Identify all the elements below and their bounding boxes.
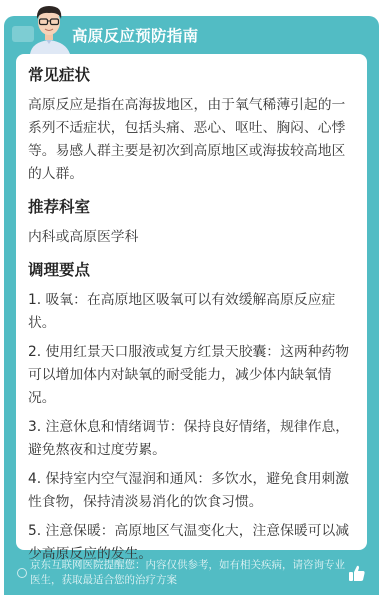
section-body: 高原反应是指在高海拔地区，由于氧气稀薄引起的一系列不适症状，包括头痛、恶心、呕吐… xyxy=(28,94,358,186)
section-title: 调理要点 xyxy=(28,259,358,281)
content-card: 常见症状 高原反应是指在高海拔地区，由于氧气稀薄引起的一系列不适症状，包括头痛、… xyxy=(16,54,367,550)
section-department: 推荐科室 内科或高原医学科 xyxy=(28,196,358,249)
page-title: 高原反应预防指南 xyxy=(72,24,198,46)
info-icon xyxy=(17,568,27,578)
section-body: 内科或高原医学科 xyxy=(28,226,358,249)
section-title: 常见症状 xyxy=(28,64,358,86)
list-item: 3. 注意休息和情绪调节：保持良好情绪，规律作息，避免熬夜和过度劳累。 xyxy=(28,416,358,462)
section-title: 推荐科室 xyxy=(28,196,358,218)
list-item: 2. 使用红景天口服液或复方红景天胶囊：这两种药物可以增加体内对缺氧的耐受能力，… xyxy=(28,341,358,410)
list-item: 4. 保持室内空气湿润和通风：多饮水，避免食用刺激性食物，保持清淡易消化的饮食习… xyxy=(28,468,358,514)
list-item: 5. 注意保暖：高原地区气温变化大，注意保暖可以减少高原反应的发生。 xyxy=(28,520,358,566)
section-care-tips: 调理要点 1. 吸氧：在高原地区吸氧可以有效缓解高原反应症状。 2. 使用红景天… xyxy=(28,259,358,566)
doctor-avatar xyxy=(26,2,72,54)
section-symptoms: 常见症状 高原反应是指在高海拔地区，由于氧气稀薄引起的一系列不适症状，包括头痛、… xyxy=(28,64,358,186)
list-item: 1. 吸氧：在高原地区吸氧可以有效缓解高原反应症状。 xyxy=(28,289,358,335)
